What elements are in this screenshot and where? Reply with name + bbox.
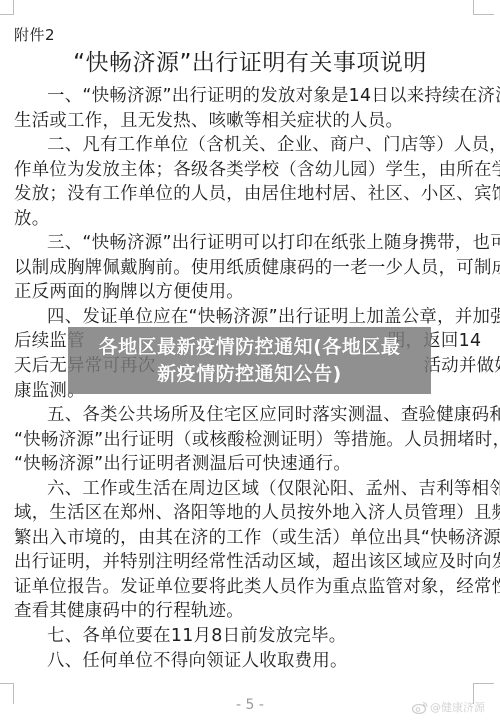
headline-overlay: 各地区最新疫情防控通知(各地区最 新疫情防控通知公告) xyxy=(68,327,431,394)
paragraph-1: 一、“快畅济源”出行证明的发放对象是14日以来持续在济源 生活或工作，且无发热、… xyxy=(14,84,474,133)
text-line: 域，生活区在郑州、洛阳等地的人员按外地入济人员管理）且频 xyxy=(14,501,474,526)
text-line: 正反两面的胸牌以方便使用。 xyxy=(14,280,474,305)
watermark-text: @健康济源 xyxy=(430,699,485,715)
text-line: 生活或工作，且无发热、咳嗽等相关症状的人员。 xyxy=(14,109,474,134)
text-line: 三、“快畅济源”出行证明可以打印在纸张上随身携带，也可 xyxy=(14,231,474,256)
text-line: 放。 xyxy=(14,207,474,232)
text-line: 繁出入市境的，由其在济的工作（或生活）单位出具“快畅济源” xyxy=(14,526,474,551)
text-line: 作单位为发放主体；各级各类学校（含幼儿园）学生，由所在学校 xyxy=(14,158,474,183)
headline-line-2: 新疫情防控通知公告) xyxy=(157,361,342,388)
crop-mark-top-left xyxy=(0,0,14,15)
document-title: “快畅济源”出行证明有关事项说明 xyxy=(0,44,500,77)
headline-line-1: 各地区最新疫情防控通知(各地区最 xyxy=(99,334,401,361)
text-line: 发放；没有工作单位的人员，由居住地村居、社区、小区、宾馆发 xyxy=(14,182,474,207)
text-line: 五、各类公共场所及住宅区应同时落实测温、查验健康码和 xyxy=(14,403,474,428)
crop-mark-top-right xyxy=(473,0,494,15)
paragraph-7: 七、各单位要在11月8日前发放完毕。 xyxy=(14,624,474,649)
text-line: 七、各单位要在11月8日前发放完毕。 xyxy=(14,624,474,649)
paragraph-5: 五、各类公共场所及住宅区应同时落实测温、查验健康码和 “快畅济源”出行证明（或核… xyxy=(14,403,474,477)
text-line: 证单位报告。发证单位要将此类人员作为重点监管对象，经常性 xyxy=(14,575,474,600)
text-line: 查看其健康码中的行程轨迹。 xyxy=(14,599,474,624)
text-line: 四、发证单位应在“快畅济源”出行证明上加盖公章，并加强 xyxy=(14,305,474,330)
text-line: 六、工作或生活在周边区域（仅限沁阳、孟州、吉利等相邻区 xyxy=(14,477,474,502)
watermark: @健康济源 xyxy=(412,699,485,715)
paragraph-6: 六、工作或生活在周边区域（仅限沁阳、孟州、吉利等相邻区 域，生活区在郑州、洛阳等… xyxy=(14,477,474,624)
weibo-icon xyxy=(412,701,428,714)
text-line: 以制成胸牌佩戴胸前。使用纸质健康码的一老一少人员，可制成 xyxy=(14,256,474,281)
paragraph-3: 三、“快畅济源”出行证明可以打印在纸张上随身携带，也可 以制成胸牌佩戴胸前。使用… xyxy=(14,231,474,305)
text-line: 八、任何单位不得向领证人收取费用。 xyxy=(14,649,474,674)
text-line: “快畅济源”出行证明（或核酸检测证明）等措施。人员拥堵时，持 xyxy=(14,428,474,453)
paragraph-8: 八、任何单位不得向领证人收取费用。 xyxy=(14,649,474,674)
paragraph-2: 二、凡有工作单位（含机关、企业、商户、门店等）人员，工 作单位为发放主体；各级各… xyxy=(14,133,474,231)
text-line: “快畅济源”出行证明者测温后可快速通行。 xyxy=(14,452,474,477)
attachment-label: 附件2 xyxy=(14,24,55,45)
text-line: 出行证明，并特别注明经常性活动区域，超出该区域应及时向发 xyxy=(14,550,474,575)
text-line: 一、“快畅济源”出行证明的发放对象是14日以来持续在济源 xyxy=(14,84,474,109)
text-line: 二、凡有工作单位（含机关、企业、商户、门店等）人员，工 xyxy=(14,133,474,158)
